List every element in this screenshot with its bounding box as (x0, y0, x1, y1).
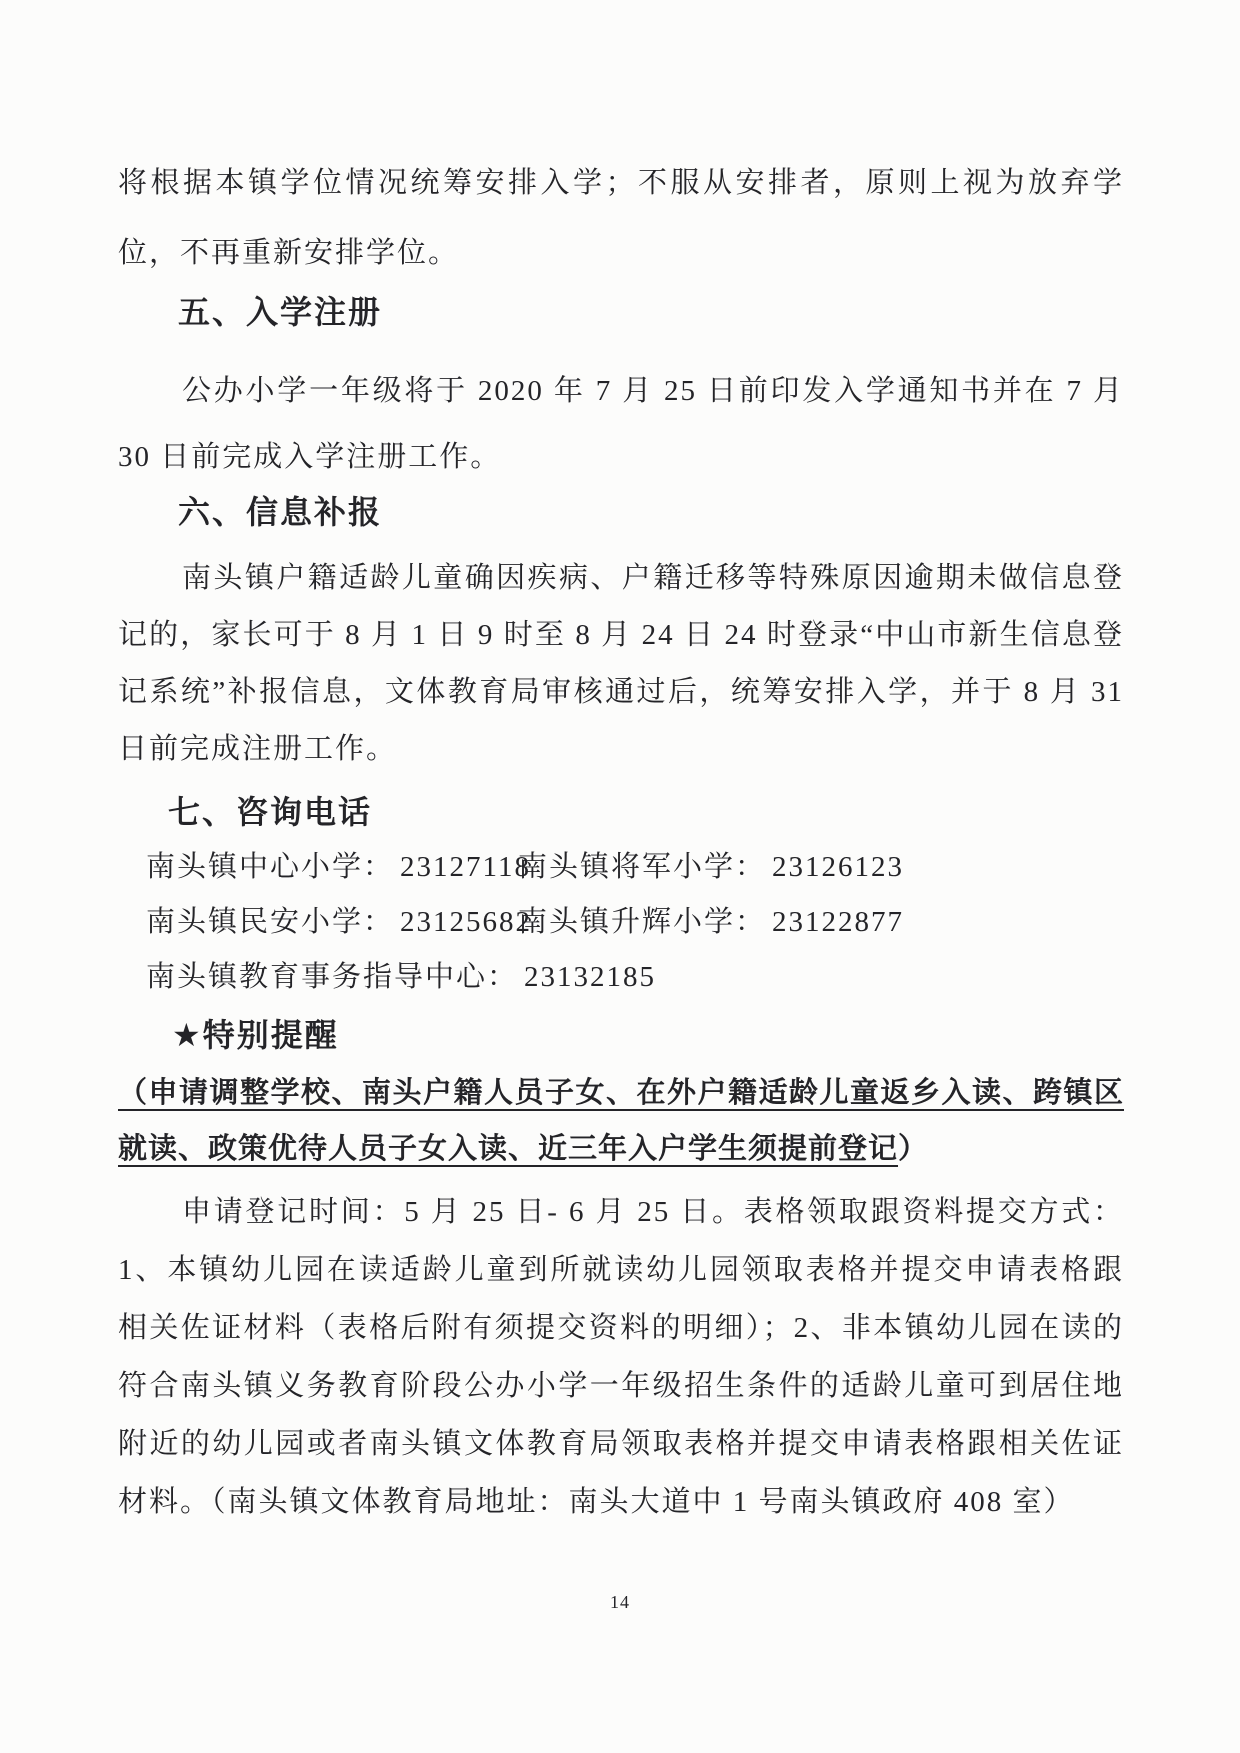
phone-item: 南头镇民安小学：23125682 (146, 895, 518, 950)
phone-number: 23127118 (400, 851, 531, 883)
document-page: 将根据本镇学位情况统筹安排入学；不服从安排者，原则上视为放弃学位，不再重新安排学… (0, 0, 1240, 1753)
special-reminder-note-underlined: （申请调整学校、南头户籍人员子女、在外户籍适龄儿童返乡入读、跨镇区就读、政策优待… (118, 1077, 1124, 1165)
phone-number: 23122877 (772, 906, 904, 938)
phone-label: 南头镇中心小学： (146, 851, 394, 883)
continuation-paragraph: 将根据本镇学位情况统筹安排入学；不服从安排者，原则上视为放弃学位，不再重新安排学… (118, 148, 1124, 288)
section-6-body: 南头镇户籍适龄儿童确因疾病、户籍迁移等特殊原因逾期未做信息登记的，家长可于 8 … (118, 550, 1124, 778)
section-5-heading: 五、入学注册 (118, 290, 1124, 334)
phone-number: 23126123 (772, 851, 904, 883)
phone-number: 23125682 (400, 906, 532, 938)
phone-list: 南头镇中心小学：23127118 南头镇将军小学：23126123 南头镇民安小… (118, 840, 1124, 1005)
phone-item: 南头镇将军小学：23126123 (518, 840, 1124, 895)
section-5-body: 公办小学一年级将于 2020 年 7 月 25 日前印发入学通知书并在 7 月 … (118, 358, 1124, 490)
special-reminder-title: ★特别提醒 (118, 1013, 1124, 1057)
section-7-heading: 七、咨询电话 (118, 790, 1124, 834)
phone-label: 南头镇民安小学： (146, 906, 394, 938)
section-6-heading: 六、信息补报 (118, 490, 1124, 534)
phone-item: 南头镇中心小学：23127118 (146, 840, 518, 895)
special-reminder-note: （申请调整学校、南头户籍人员子女、在外户籍适龄儿童返乡入读、跨镇区就读、政策优待… (118, 1065, 1124, 1177)
page-number: 14 (0, 1592, 1240, 1613)
special-reminder-note-close-paren: ） (898, 1133, 928, 1165)
phone-item: 南头镇升辉小学：23122877 (518, 895, 1124, 950)
phone-label: 南头镇教育事务指导中心： (146, 961, 518, 993)
special-reminder-body: 申请登记时间：5 月 25 日- 6 月 25 日。表格领取跟资料提交方式：1、… (118, 1183, 1124, 1531)
phone-label: 南头镇升辉小学： (518, 906, 766, 938)
phone-item: 南头镇教育事务指导中心：23132185 (146, 950, 1124, 1005)
phone-number: 23132185 (524, 961, 656, 993)
phone-label: 南头镇将军小学： (518, 851, 766, 883)
